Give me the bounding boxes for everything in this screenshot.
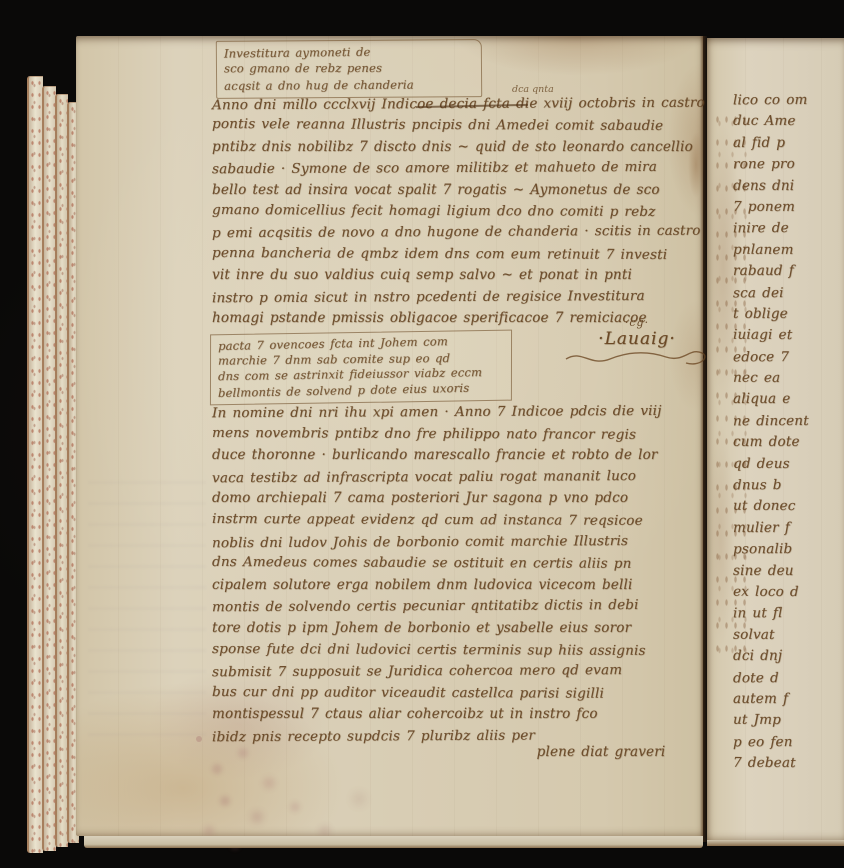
manuscript-photo: Investitura aymoneti desco gmano de rebz…	[0, 0, 844, 868]
book-gutter	[700, 36, 707, 842]
text-line: marchie 7 dnm sab comite sup eo qd	[218, 350, 504, 369]
text-line: montispessul 7 ctaus aliar cohercoibz ut…	[212, 704, 690, 726]
text-line: sca dei	[733, 282, 844, 304]
underlying-page-bottom-edge	[84, 836, 703, 848]
text-line: ne dincent	[733, 411, 844, 433]
text-line: duc Ame	[733, 111, 844, 133]
text-line: dote d	[733, 667, 844, 689]
text-line: autem f	[733, 689, 844, 710]
text-line: dens dni	[733, 176, 844, 197]
text-line: psonalib	[733, 539, 844, 561]
text-line: ex loco d	[733, 582, 844, 604]
text-line: bello test ad insira vocat spalit 7 roga…	[212, 180, 690, 201]
text-line: qd deus	[733, 453, 844, 475]
facing-page-bottom-edge	[707, 840, 844, 846]
text-line: penna bancheria de qmbz idem dns com eum…	[212, 243, 690, 266]
text-line: tore dotis p ipm Johem de borbonio et ys…	[212, 618, 690, 640]
text-line: dnus b	[733, 475, 844, 497]
text-line: cipalem solutore erga nobilem dnm ludovi…	[212, 575, 690, 597]
text-line: duce thoronne · burlicando marescallo fr…	[212, 445, 690, 467]
manuscript-page-right: lico co omduc Ameal fid prone prodens dn…	[707, 38, 844, 840]
entry-2-text-block: In nomine dni nri ihu xpi amen · Anno 7 …	[212, 402, 690, 748]
entry-2-closing-line: plene diat graveri	[496, 744, 706, 760]
text-line: al fid p	[733, 133, 844, 154]
text-line: submisit 7 supposuit se Juridica coherco…	[212, 660, 690, 684]
entry-1-text-block: Anno dni millo ccclxvij Indicoe decia fc…	[212, 94, 690, 329]
facing-page-text-block: lico co omduc Ameal fid prone prodens dn…	[733, 90, 844, 775]
text-line: iuiagi et	[733, 325, 844, 347]
manuscript-page-left: Investitura aymoneti desco gmano de rebz…	[76, 36, 703, 836]
text-line: mens novembris pntibz dno fre philippo n…	[212, 423, 690, 447]
text-line: p emi acqsitis de novo a dno hugone de c…	[212, 221, 690, 245]
text-line: instrm curte appeat evidenz qd cum ad in…	[212, 509, 690, 533]
text-line: bus cur dni pp auditor viceaudit castell…	[212, 682, 690, 706]
margin-note-middle: pacta 7 ovencoes fcta int Johem commarch…	[210, 330, 512, 406]
text-line: 7 debeat	[733, 753, 844, 775]
text-line: lico co om	[733, 90, 844, 112]
text-line: montis de solvendo certis pecuniar qntit…	[212, 595, 690, 619]
text-line: pntibz dnis nobilibz 7 discto dnis ~ qui…	[212, 137, 690, 158]
text-line: ut donec	[733, 496, 844, 518]
text-line: vaca testibz ad infrascripta vocat paliu…	[212, 466, 690, 490]
text-line: sponse fute dci dni ludovici certis term…	[212, 638, 690, 662]
text-line: pontis vele reanna Illustris pncipis dni…	[212, 114, 690, 137]
text-line: p eo fen	[733, 731, 844, 753]
stain-spots-bottom-left	[196, 736, 202, 742]
text-line: inire de	[733, 218, 844, 240]
text-line: rabaud f	[733, 261, 844, 282]
text-line: dci dnj	[733, 646, 844, 667]
text-line: domo archiepali 7 cama posteriori Jur sa…	[212, 488, 690, 510]
text-line: mulier f	[733, 518, 844, 539]
text-line: edoce 7	[733, 346, 844, 368]
text-line: instro p omia sicut in nstro pcedenti de…	[212, 285, 690, 309]
text-line: rone pro	[733, 154, 844, 176]
page-edge-stack-1	[27, 76, 43, 853]
text-line: acqsit a dno hug de chanderia	[224, 76, 474, 94]
text-line: t oblige	[733, 304, 844, 325]
text-line: pnlanem	[733, 239, 844, 261]
text-line: in ut fl	[733, 603, 844, 625]
text-line: vit inre du suo valdius cuiq semp salvo …	[212, 265, 690, 286]
text-line: noblis dni ludov Johis de borbonio comit…	[212, 530, 690, 554]
margin-note-top: Investitura aymoneti desco gmano de rebz…	[216, 39, 482, 99]
text-line: sine deu	[733, 561, 844, 582]
text-line: cum dote	[733, 432, 844, 453]
page-edge-stack-2	[42, 86, 56, 851]
text-line: sabaudie · Symone de sco amore militibz …	[212, 157, 690, 181]
text-line: In nomine dni nri ihu xpi amen · Anno 7 …	[212, 401, 690, 425]
text-line: nec ea	[733, 368, 844, 390]
text-line: aliqua e	[733, 389, 844, 410]
text-line: solvat	[733, 624, 844, 646]
text-line: 7 ponem	[733, 197, 844, 219]
text-line: ut Jmp	[733, 710, 844, 732]
text-line: gmano domicellius fecit homagi ligium dc…	[212, 200, 690, 223]
text-line: dns Amedeus comes sabaudie se ostituit e…	[212, 552, 690, 576]
text-line: sco gmano de rebz penes	[224, 60, 474, 77]
ink-bleedthrough	[88, 466, 206, 736]
